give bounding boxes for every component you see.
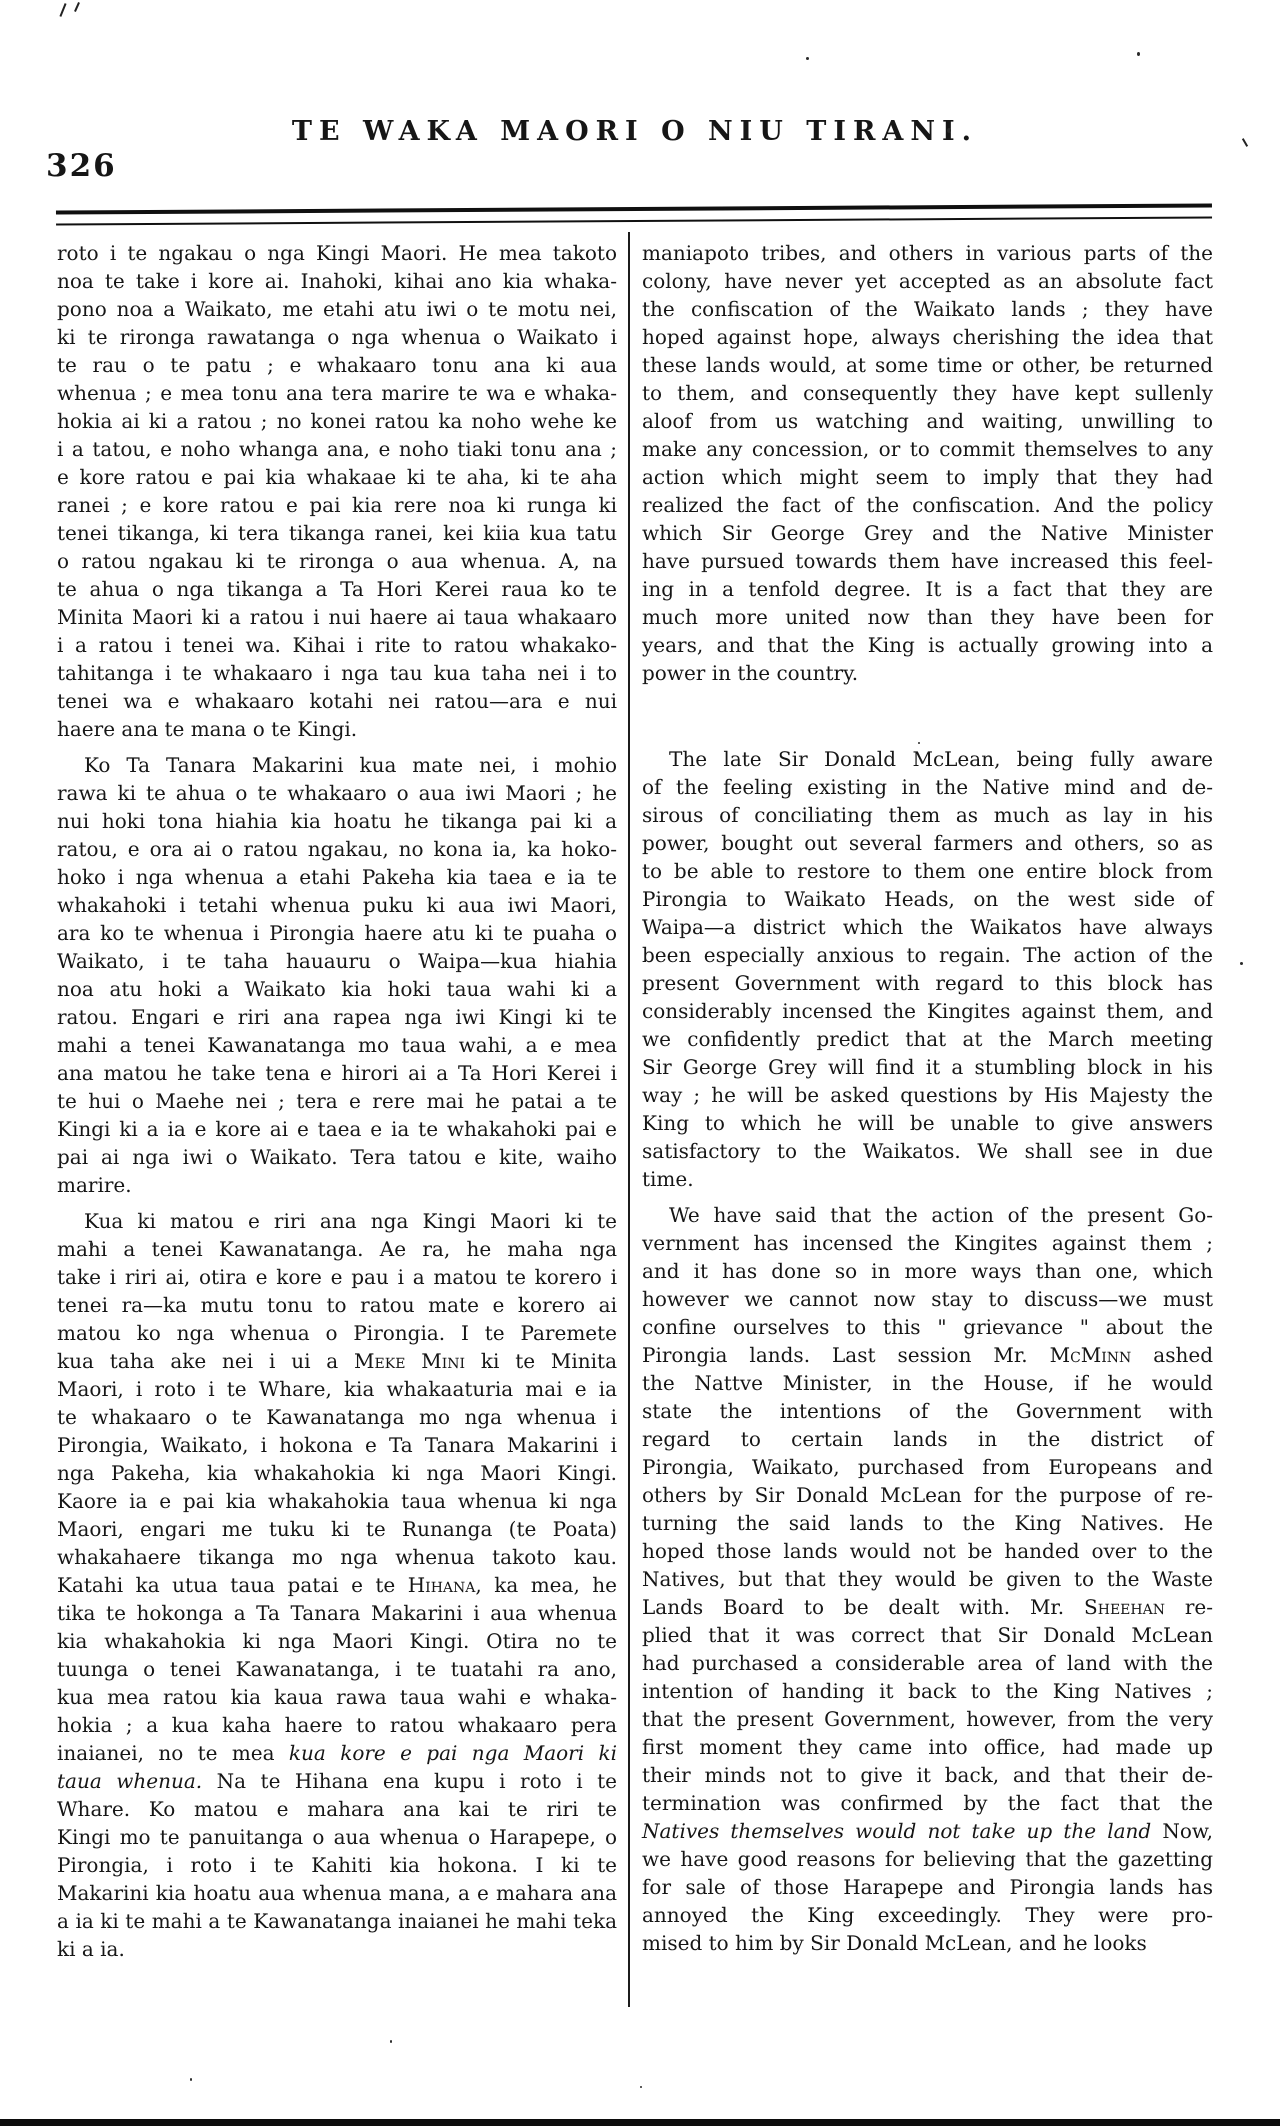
text-line: which Sir George Grey and the Native Min… (642, 519, 1213, 547)
text-line: colony, have never yet accepted as an ab… (642, 267, 1213, 295)
text-line: ki te rironga rawatanga o nga whenua o W… (57, 323, 617, 351)
text-line: tenei tikanga, ki tera tikanga ranei, ke… (57, 519, 617, 547)
text-line: Kaore ia e pai kia whakahokia taua whenu… (57, 1487, 617, 1515)
text-line: kia whakahokia ki nga Maori Kingi. Otira… (57, 1627, 617, 1655)
masthead-double-rule (56, 203, 1212, 225)
text-line: others by Sir Donald McLean for the purp… (642, 1481, 1213, 1509)
masthead-title: TE WAKA MAORI O NIU TIRANI. (60, 116, 1210, 147)
text-line: whakahaere tikanga mo nga whenua takoto … (57, 1543, 617, 1571)
text-line: years, and that the King is actually gro… (642, 631, 1213, 659)
text-line: Kingi ki a ia e kore ai e taea e ia te w… (57, 1115, 617, 1143)
text-line: to be able to restore to them one entire… (642, 857, 1213, 885)
text-line: ki a ia. (57, 1935, 617, 1963)
text-line: te rau o te patu ; e whakaaro tonu ana k… (57, 351, 617, 379)
column-divider-rule (628, 232, 630, 2007)
paragraph: roto i te ngakau o nga Kingi Maori. He m… (57, 239, 617, 743)
text-line: te hui o Maehe nei ; tera e rere mai he … (57, 1087, 617, 1115)
text-line: aloof from us watching and waiting, unwi… (642, 407, 1213, 435)
scan-speck (947, 128, 951, 133)
text-line: tika te hokonga a Ta Tanara Makarini i a… (57, 1599, 617, 1627)
text-line: power, bought out several farmers and ot… (642, 829, 1213, 857)
text-line: kua mea ratou kia kaua rawa taua wahi e … (57, 1683, 617, 1711)
scan-bottom-edge (0, 2119, 1280, 2126)
text-line: take i riri ai, otira e kore e pau i a m… (57, 1263, 617, 1291)
text-line: make any concession, or to commit themse… (642, 435, 1213, 463)
text-line: pai ai nga iwi o Waikato. Tera tatou e k… (57, 1143, 617, 1171)
text-line: Pirongia to Waikato Heads, on the west s… (642, 885, 1213, 913)
scan-speck (390, 2040, 392, 2043)
text-line: sirous of conciliating them as much as l… (642, 801, 1213, 829)
scan-speck (806, 57, 809, 60)
text-line: regard to certain lands in the district … (642, 1425, 1213, 1453)
text-line: Natives, but that they would be given to… (642, 1565, 1213, 1593)
text-line: these lands would, at some time or other… (642, 351, 1213, 379)
left-column: roto i te ngakau o nga Kingi Maori. He m… (57, 239, 617, 1971)
text-line: Sir George Grey will find it a stumbling… (642, 1053, 1213, 1081)
text-line: state the intentions of the Government w… (642, 1397, 1213, 1425)
text-line: e kore ratou e pai kia whakaae ki te aha… (57, 463, 617, 491)
paragraph: The late Sir Donald McLean, being fully … (642, 745, 1213, 1193)
text-line: however we cannot now stay to discuss—we… (642, 1285, 1213, 1313)
text-line: marire. (57, 1171, 617, 1199)
text-line: Katahi ka utua taua patai e te Hihana, k… (57, 1571, 617, 1599)
text-line: termination was confirmed by the fact th… (642, 1789, 1213, 1817)
text-line: the Nattve Minister, in the House, if he… (642, 1369, 1213, 1397)
text-line: Maori, engari me tuku ki te Runanga (te … (57, 1515, 617, 1543)
text-line: way ; he will be asked questions by His … (642, 1081, 1213, 1109)
text-line: Waikato, i te taha hauauru o Waipa—kua h… (57, 947, 617, 975)
text-line: intention of handing it back to the King… (642, 1677, 1213, 1705)
text-line: mahi a tenei Kawanatanga. Ae ra, he maha… (57, 1235, 617, 1263)
text-line: we have good reasons for believing that … (642, 1845, 1213, 1873)
text-line: Ko Ta Tanara Makarini kua mate nei, i mo… (57, 751, 617, 779)
text-line: Natives themselves would not take up the… (642, 1817, 1213, 1845)
text-line: that the present Government, however, fr… (642, 1705, 1213, 1733)
text-line: mised to him by Sir Donald McLean, and h… (642, 1929, 1213, 1957)
text-line: satisfactory to the Waikatos. We shall s… (642, 1137, 1213, 1165)
text-line: the confiscation of the Waikato lands ; … (642, 295, 1213, 323)
text-line: realized the fact of the confiscation. A… (642, 491, 1213, 519)
text-line: hokia ai ki a ratou ; no konei ratou ka … (57, 407, 617, 435)
text-line: rawa ki te ahua o te whakaaro o aua iwi … (57, 779, 617, 807)
text-line: their minds not to give it back, and tha… (642, 1761, 1213, 1789)
text-line: hoko i nga whenua a etahi Pakeha kia tae… (57, 863, 617, 891)
text-line: tenei wa e whakaaro kotahi nei ratou—ara… (57, 687, 617, 715)
text-line: Pirongia, Waikato, i hokona e Ta Tanara … (57, 1431, 617, 1459)
text-line: nui hoki tona hiahia kia hoatu he tikang… (57, 807, 617, 835)
text-line: time. (642, 1165, 1213, 1193)
text-line: first moment they came into office, had … (642, 1733, 1213, 1761)
right-column: maniapoto tribes, and others in various … (642, 239, 1213, 1965)
text-line: nga Pakeha, kia whakahokia ki nga Maori … (57, 1459, 617, 1487)
text-line: Makarini kia hoatu aua whenua mana, a e … (57, 1879, 617, 1907)
text-line: confine ourselves to this " grievance " … (642, 1313, 1213, 1341)
text-line: Minita Maori ki a ratou i nui haere ai t… (57, 603, 617, 631)
text-line: turning the said lands to the King Nativ… (642, 1509, 1213, 1537)
text-line: pono noa a Waikato, me etahi atu iwi o t… (57, 295, 617, 323)
paragraph: maniapoto tribes, and others in various … (642, 239, 1213, 687)
scan-speck (918, 742, 920, 744)
paragraph: We have said that the action of the pres… (642, 1201, 1213, 1957)
text-line: noa atu hoki a Waikato kia hoki taua wah… (57, 975, 617, 1003)
text-line: hokia ; a kua kaha haere to ratou whakaa… (57, 1711, 617, 1739)
text-line: o ratou ngakau ki te rironga o aua whenu… (57, 547, 617, 575)
text-line: tuunga o tenei Kawanatanga, i te tuatahi… (57, 1655, 617, 1683)
text-line: action which might seem to imply that th… (642, 463, 1213, 491)
text-line: noa te take i kore ai. Inahoki, kihai an… (57, 267, 617, 295)
text-line: ranei ; e kore ratou e pai kia rere noa … (57, 491, 617, 519)
scan-speck (90, 1242, 93, 1247)
text-line: whakahoki i tetahi whenua puku ki aua iw… (57, 891, 617, 919)
text-line: Maori, i roto i te Whare, kia whakaaturi… (57, 1375, 617, 1403)
text-line: Waipa—a district which the Waikatos have… (642, 913, 1213, 941)
text-line: plied that it was correct that Sir Donal… (642, 1621, 1213, 1649)
paragraph: Ko Ta Tanara Makarini kua mate nei, i mo… (57, 751, 617, 1199)
text-line: ing in a tenfold degree. It is a fact th… (642, 575, 1213, 603)
text-line: much more united now than they have been… (642, 603, 1213, 631)
text-line: matou ko nga whenua o Pirongia. I te Par… (57, 1319, 617, 1347)
text-line: Lands Board to be dealt with. Mr. Sheeha… (642, 1593, 1213, 1621)
text-line: The late Sir Donald McLean, being fully … (642, 745, 1213, 773)
text-line: Pirongia, i roto i te Kahiti kia hokona.… (57, 1851, 617, 1879)
text-line: to them, and consequently they have kept… (642, 379, 1213, 407)
text-line: haere ana te mana o te Kingi. (57, 715, 617, 743)
scan-mark (1242, 138, 1248, 147)
scan-speck (640, 2086, 642, 2088)
text-line: tenei ra—ka mutu tonu to ratou mate e ko… (57, 1291, 617, 1319)
scan-speck (1240, 962, 1243, 965)
text-line: kua taha ake nei i ui a Meke Mini ki te … (57, 1347, 617, 1375)
text-line: ana matou he take tena e hirori ai a Ta … (57, 1059, 617, 1087)
scan-mark (59, 3, 66, 17)
text-line: we confidently predict that at the March… (642, 1025, 1213, 1053)
scan-speck (190, 2078, 192, 2081)
text-line: of the feeling existing in the Native mi… (642, 773, 1213, 801)
text-line: i a ratou i tenei wa. Kihai i rite to ra… (57, 631, 617, 659)
text-line: been especially anxious to regain. The a… (642, 941, 1213, 969)
text-line: considerably incensed the Kingites again… (642, 997, 1213, 1025)
text-line: have pursued towards them have increased… (642, 547, 1213, 575)
text-line: roto i te ngakau o nga Kingi Maori. He m… (57, 239, 617, 267)
text-line: taua whenua. Na te Hihana ena kupu i rot… (57, 1767, 617, 1795)
text-line: power in the country. (642, 659, 1213, 687)
scan-mark (74, 2, 80, 12)
text-line: ara ko te whenua i Pirongia haere atu ki… (57, 919, 617, 947)
text-line: i a tatou, e noho whanga ana, e noho tia… (57, 435, 617, 463)
text-line: hoped against hope, always cherishing th… (642, 323, 1213, 351)
paragraph: Kua ki matou e riri ana nga Kingi Maori … (57, 1207, 617, 1963)
text-line: te whakaaro o te Kawanatanga mo nga when… (57, 1403, 617, 1431)
text-line: Kingi mo te panuitanga o aua whenua o Ha… (57, 1823, 617, 1851)
text-line: te ahua o nga tikanga a Ta Hori Kerei ra… (57, 575, 617, 603)
newspaper-page-scan: { "page": { "number": "326", "masthead":… (0, 0, 1280, 2126)
text-line: had purchased a considerable area of lan… (642, 1649, 1213, 1677)
text-line: tahitanga i te whakaaro i nga tau kua ta… (57, 659, 617, 687)
text-line: hoped those lands would not be handed ov… (642, 1537, 1213, 1565)
text-line: King to which he will be unable to give … (642, 1109, 1213, 1137)
text-line: annoyed the King exceedingly. They were … (642, 1901, 1213, 1929)
page-number: 326 (46, 148, 117, 184)
text-line: mahi a tenei Kawanatanga mo taua wahi, a… (57, 1031, 617, 1059)
text-line: and it has done so in more ways than one… (642, 1257, 1213, 1285)
text-line: inaianei, no te mea kua kore e pai nga M… (57, 1739, 617, 1767)
text-line: present Government with regard to this b… (642, 969, 1213, 997)
text-line: vernment has incensed the Kingites again… (642, 1229, 1213, 1257)
text-line: We have said that the action of the pres… (642, 1201, 1213, 1229)
text-line: Pirongia, Waikato, purchased from Europe… (642, 1453, 1213, 1481)
text-line: maniapoto tribes, and others in various … (642, 239, 1213, 267)
text-line: whenua ; e mea tonu ana tera marire te w… (57, 379, 617, 407)
text-line: ratou. Engari e riri ana rapea nga iwi K… (57, 1003, 617, 1031)
text-line: ratou, e ora ai o ratou ngakau, no kona … (57, 835, 617, 863)
text-line: a ia ki te mahi a te Kawanatanga inaiane… (57, 1907, 617, 1935)
text-line: Pirongia lands. Last session Mr. McMinn … (642, 1341, 1213, 1369)
text-line: Whare. Ko matou e mahara ana kai te riri… (57, 1795, 617, 1823)
scan-speck (1137, 52, 1140, 56)
text-line: for sale of those Harapepe and Pirongia … (642, 1873, 1213, 1901)
text-line: Kua ki matou e riri ana nga Kingi Maori … (57, 1207, 617, 1235)
